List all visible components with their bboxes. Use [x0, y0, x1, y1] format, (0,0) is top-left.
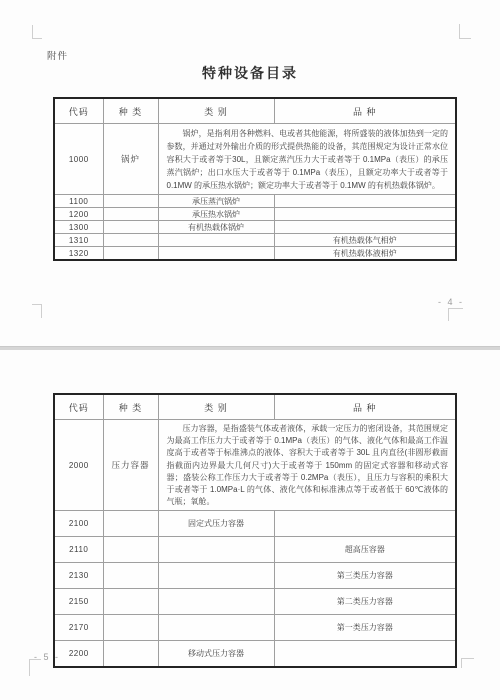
- category-cell: 承压蒸汽锅炉: [158, 195, 274, 208]
- kind-cell: [103, 615, 158, 641]
- description-cell: 压力容器，是指盛装气体或者液体，承载一定压力的密闭设备，其范围规定为最高工作压力…: [158, 420, 456, 511]
- attachment-label: 附件: [47, 48, 68, 62]
- description-cell: 锅炉，是指利用各种燃料、电或者其他能源，将所盛装的液体加热到一定的参数，并通过对…: [158, 124, 456, 195]
- kind-cell: 压力容器: [103, 420, 158, 511]
- kind-cell: [103, 511, 158, 537]
- kind-cell: [103, 234, 158, 247]
- table-row: 2130 第三类压力容器: [54, 563, 456, 589]
- crop-mark-mid-left: [32, 304, 42, 318]
- pressure-vessel-table: 代码 种 类 类 别 品 种 2000 压力容器 压力容器，是指盛装气体或者液体…: [53, 393, 457, 668]
- page-break-band: [0, 346, 500, 350]
- crop-mark-mid-right: [448, 308, 463, 321]
- table-header-row: 代码 种 类 类 别 品 种: [54, 394, 456, 420]
- table-row: 2150 第二类压力容器: [54, 589, 456, 615]
- table-row: 1300 有机热载体锅炉: [54, 221, 456, 234]
- code-cell: 1000: [54, 124, 103, 195]
- kind-cell: [103, 195, 158, 208]
- kind-cell: [103, 537, 158, 563]
- table-row: 1100 承压蒸汽锅炉: [54, 195, 456, 208]
- kind-cell: [103, 589, 158, 615]
- boiler-table: 代码 种 类 类 别 品 种 1000 锅炉 锅炉，是指利用各种燃料、电或者其他…: [53, 97, 457, 261]
- category-cell: 承压热水锅炉: [158, 208, 274, 221]
- col-header-category: 类 别: [158, 98, 274, 124]
- table-row: 1320 有机热载体液相炉: [54, 247, 456, 261]
- page-number-5: - 5 -: [34, 652, 60, 662]
- category-cell: 固定式压力容器: [158, 511, 274, 537]
- category-cell: [158, 563, 274, 589]
- variety-cell: [274, 511, 456, 537]
- col-header-variety: 品 种: [274, 394, 456, 420]
- kind-cell: [103, 563, 158, 589]
- col-header-code: 代码: [54, 394, 103, 420]
- table-row: 2170 第一类压力容器: [54, 615, 456, 641]
- code-cell: 2100: [54, 511, 103, 537]
- code-cell: 2200: [54, 641, 103, 668]
- kind-cell: 锅炉: [103, 124, 158, 195]
- code-cell: 2130: [54, 563, 103, 589]
- code-cell: 2170: [54, 615, 103, 641]
- code-cell: 2150: [54, 589, 103, 615]
- category-cell: [158, 234, 274, 247]
- kind-cell: [103, 208, 158, 221]
- variety-cell: [274, 641, 456, 668]
- table-row: 1200 承压热水锅炉: [54, 208, 456, 221]
- category-cell: 有机热载体锅炉: [158, 221, 274, 234]
- code-cell: 1300: [54, 221, 103, 234]
- table-row: 2100 固定式压力容器: [54, 511, 456, 537]
- category-cell: [158, 247, 274, 261]
- code-cell: 1200: [54, 208, 103, 221]
- variety-cell: 第一类压力容器: [274, 615, 456, 641]
- col-header-kind: 种 类: [103, 98, 158, 124]
- table-row: 2200 移动式压力容器: [54, 641, 456, 668]
- kind-cell: [103, 641, 158, 668]
- col-header-kind: 种 类: [103, 394, 158, 420]
- col-header-variety: 品 种: [274, 98, 456, 124]
- table-row: 1000 锅炉 锅炉，是指利用各种燃料、电或者其他能源，将所盛装的液体加热到一定…: [54, 124, 456, 195]
- crop-mark-top-left: [32, 25, 42, 39]
- table-header-row: 代码 种 类 类 别 品 种: [54, 98, 456, 124]
- table-row: 1310 有机热载体气相炉: [54, 234, 456, 247]
- crop-mark-bottom-right: [461, 658, 474, 668]
- page-title: 特种设备目录: [0, 63, 500, 83]
- page-number-4: - 4 -: [438, 297, 464, 307]
- crop-mark-top-right: [459, 24, 471, 39]
- category-cell: [158, 615, 274, 641]
- code-cell: 2110: [54, 537, 103, 563]
- code-cell: 1100: [54, 195, 103, 208]
- code-cell: 1310: [54, 234, 103, 247]
- table-row: 2110 超高压容器: [54, 537, 456, 563]
- variety-cell: 有机热载体液相炉: [274, 247, 456, 261]
- col-header-category: 类 别: [158, 394, 274, 420]
- table-row: 2000 压力容器 压力容器，是指盛装气体或者液体，承载一定压力的密闭设备，其范…: [54, 420, 456, 511]
- col-header-code: 代码: [54, 98, 103, 124]
- kind-cell: [103, 221, 158, 234]
- code-cell: 1320: [54, 247, 103, 261]
- category-cell: [158, 537, 274, 563]
- category-cell: 移动式压力容器: [158, 641, 274, 668]
- variety-cell: [274, 221, 456, 234]
- variety-cell: 第二类压力容器: [274, 589, 456, 615]
- variety-cell: [274, 195, 456, 208]
- variety-cell: 超高压容器: [274, 537, 456, 563]
- variety-cell: 第三类压力容器: [274, 563, 456, 589]
- category-cell: [158, 589, 274, 615]
- variety-cell: [274, 208, 456, 221]
- variety-cell: 有机热载体气相炉: [274, 234, 456, 247]
- code-cell: 2000: [54, 420, 103, 511]
- kind-cell: [103, 247, 158, 261]
